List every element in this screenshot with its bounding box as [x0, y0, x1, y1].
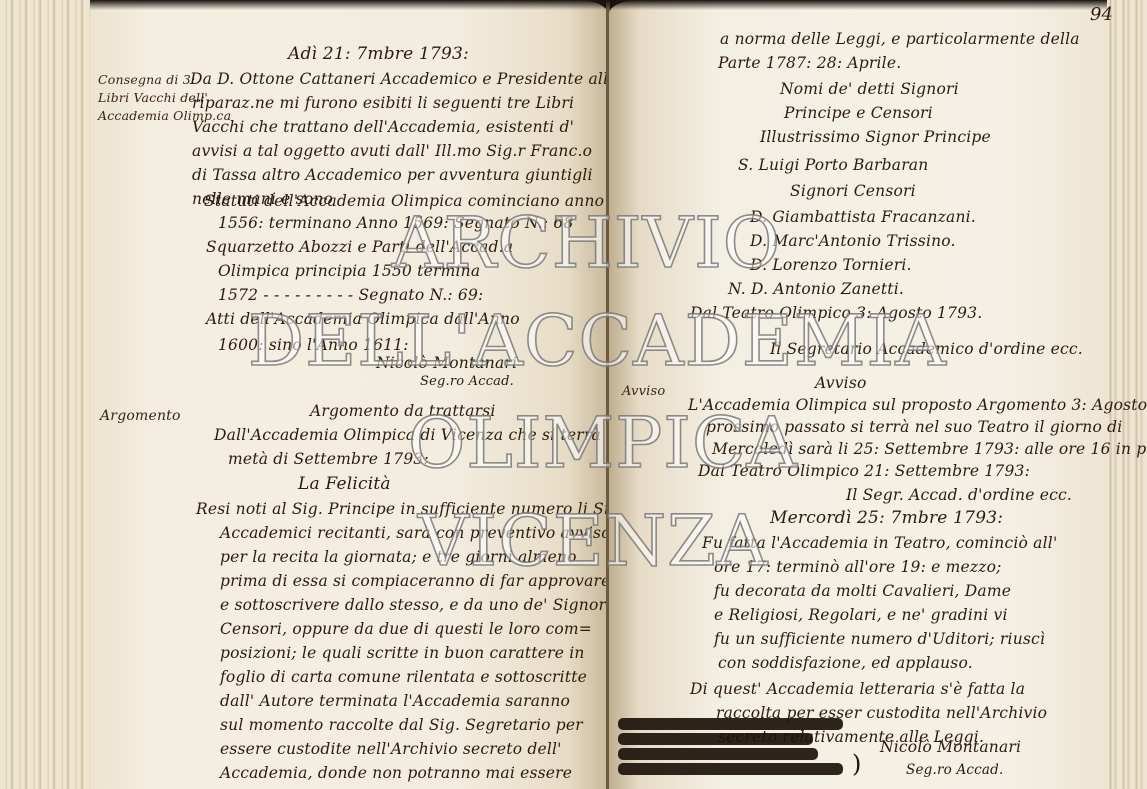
- left-page-edges: [0, 0, 92, 789]
- body-line: foglio di carta comune rilentata e sotto…: [220, 668, 587, 686]
- text-line: Squarzetto Abozzi e Parti dell'Accad.a: [206, 238, 513, 256]
- text-line: Atti dell'Accademia Olimpica dall'Anno: [206, 310, 520, 328]
- right-page-edges: [1105, 0, 1147, 789]
- censore-name: D. Marc'Antonio Trissino.: [750, 232, 956, 250]
- names-heading: Principe e Censori: [784, 104, 933, 122]
- censori-heading: Signori Censori: [790, 182, 916, 200]
- body-line: posizioni; le quali scritte in buon cara…: [220, 644, 585, 662]
- names-heading: Illustrissimo Signor Principe: [760, 128, 991, 146]
- text-line: 1556: terminano Anno 1569: Segnato N.: 6…: [218, 214, 574, 232]
- meeting-line: fu un sufficiente numero d'Uditori; rius…: [714, 630, 1045, 648]
- avviso-line: L'Accademia Olimpica sul proposto Argome…: [688, 396, 1147, 414]
- entry-date-heading: Adì 21: 7mbre 1793:: [288, 44, 469, 64]
- text-line: Da D. Ottone Cattaneri Accademico e Pres…: [190, 70, 618, 88]
- signature-title: Seg.ro Accad.: [906, 762, 1004, 778]
- text-line: riparaz.ne mi furono esibiti li seguenti…: [192, 94, 574, 112]
- argomento-heading: Argomento da trattarsi: [310, 402, 496, 420]
- signature-name: Nicolò Montanari: [376, 354, 517, 372]
- closing-bracket: ): [852, 750, 861, 778]
- avviso-line: Mercoledì sarà li 25: Settembre 1793: al…: [712, 440, 1147, 458]
- margin-note: Consegna di 3:: [98, 72, 195, 87]
- censore-name: D. Lorenzo Tornieri.: [750, 256, 912, 274]
- meeting-line: Fu fatta l'Accademia in Teatro, cominciò…: [702, 534, 1057, 552]
- text-line: Olimpica principia 1550 termina: [218, 262, 480, 280]
- open-manuscript-book: Consegna di 3: Libri Vacchi dell' Accade…: [0, 0, 1147, 789]
- text-line: Statuti dell'Accademia Olimpica comincia…: [204, 192, 604, 210]
- dated-line: Dal Teatro Olimpico 3: Agosto 1793.: [690, 304, 982, 322]
- margin-note-avviso: Avviso: [622, 384, 665, 399]
- text-line: Parte 1787: 28: Aprile.: [718, 54, 901, 72]
- struck-out-text-block: [618, 718, 848, 778]
- signature-name: Nicolò Montanari: [880, 738, 1021, 756]
- closing-line: Di quest' Accademia letteraria s'è fatta…: [690, 680, 1025, 698]
- text-line: di Tassa altro Accademico per avventura …: [192, 166, 593, 184]
- avviso-line: prossimo passato si terrà nel suo Teatro…: [706, 418, 1122, 436]
- body-line: dall' Autore terminata l'Accademia saran…: [220, 692, 570, 710]
- text-line: 1600: sino l'Anno 1611:: [218, 336, 409, 354]
- meeting-line: fu decorata da molti Cavalieri, Dame: [714, 582, 1011, 600]
- page-number: 94: [1090, 4, 1113, 25]
- meeting-line: ore 17: terminò all'ore 19: e mezzo;: [714, 558, 1002, 576]
- struck-line: [618, 763, 843, 775]
- text-line: avvisi a tal oggetto avuti dall' Ill.mo …: [192, 142, 592, 160]
- censore-name: N. D. Antonio Zanetti.: [728, 280, 904, 298]
- secretary-note: Il Segretario Accademico d'ordine ecc.: [770, 340, 1083, 358]
- censore-name: D. Giambattista Fracanzani.: [750, 208, 976, 226]
- margin-note-argomento: Argomento: [100, 408, 181, 424]
- text-line: Vacchi che trattano dell'Accademia, esis…: [192, 118, 574, 136]
- body-line: Censori, oppure da due di questi le loro…: [220, 620, 592, 638]
- subject-heading: La Felicità: [298, 474, 391, 494]
- body-line: Resi noti al Sig. Principe in sufficient…: [196, 500, 652, 518]
- body-line: prima di essa si compiaceranno di far ap…: [220, 572, 611, 590]
- body-line: per la recita la giornata; e tre giorni …: [220, 548, 577, 566]
- names-heading: Nomi de' detti Signori: [780, 80, 959, 98]
- body-line: essere custodite nell'Archivio secreto d…: [220, 740, 562, 758]
- text-line: metà di Settembre 1793:: [228, 450, 429, 468]
- top-shadow: [90, 0, 1107, 10]
- body-line: e sottoscrivere dallo stesso, e da uno d…: [220, 596, 611, 614]
- body-line: sul momento raccolte dal Sig. Segretario…: [220, 716, 583, 734]
- signature-title: Seg.ro Accad.: [420, 374, 514, 389]
- text-line: Dall'Accademia Olimpica di Vicenza che s…: [214, 426, 635, 444]
- struck-line: [618, 733, 813, 745]
- avviso-heading: Avviso: [815, 374, 867, 392]
- body-line: Accademia, donde non potranno mai essere: [220, 764, 572, 782]
- principe-name: S. Luigi Porto Barbaran: [738, 156, 928, 174]
- text-line: 1572 - - - - - - - - - Segnato N.: 69:: [218, 286, 483, 304]
- meeting-date-heading: Mercordì 25: 7mbre 1793:: [770, 508, 1003, 528]
- avviso-line: Dal Teatro Olimpico 21: Settembre 1793:: [698, 462, 1030, 480]
- meeting-line: con soddisfazione, ed applauso.: [718, 654, 973, 672]
- struck-line: [618, 718, 843, 730]
- text-line: a norma delle Leggi, e particolarmente d…: [720, 30, 1080, 48]
- struck-line: [618, 748, 818, 760]
- meeting-line: e Religiosi, Regolari, e ne' gradini vi: [714, 606, 1008, 624]
- avviso-signature: Il Segr. Accad. d'ordine ecc.: [846, 486, 1072, 504]
